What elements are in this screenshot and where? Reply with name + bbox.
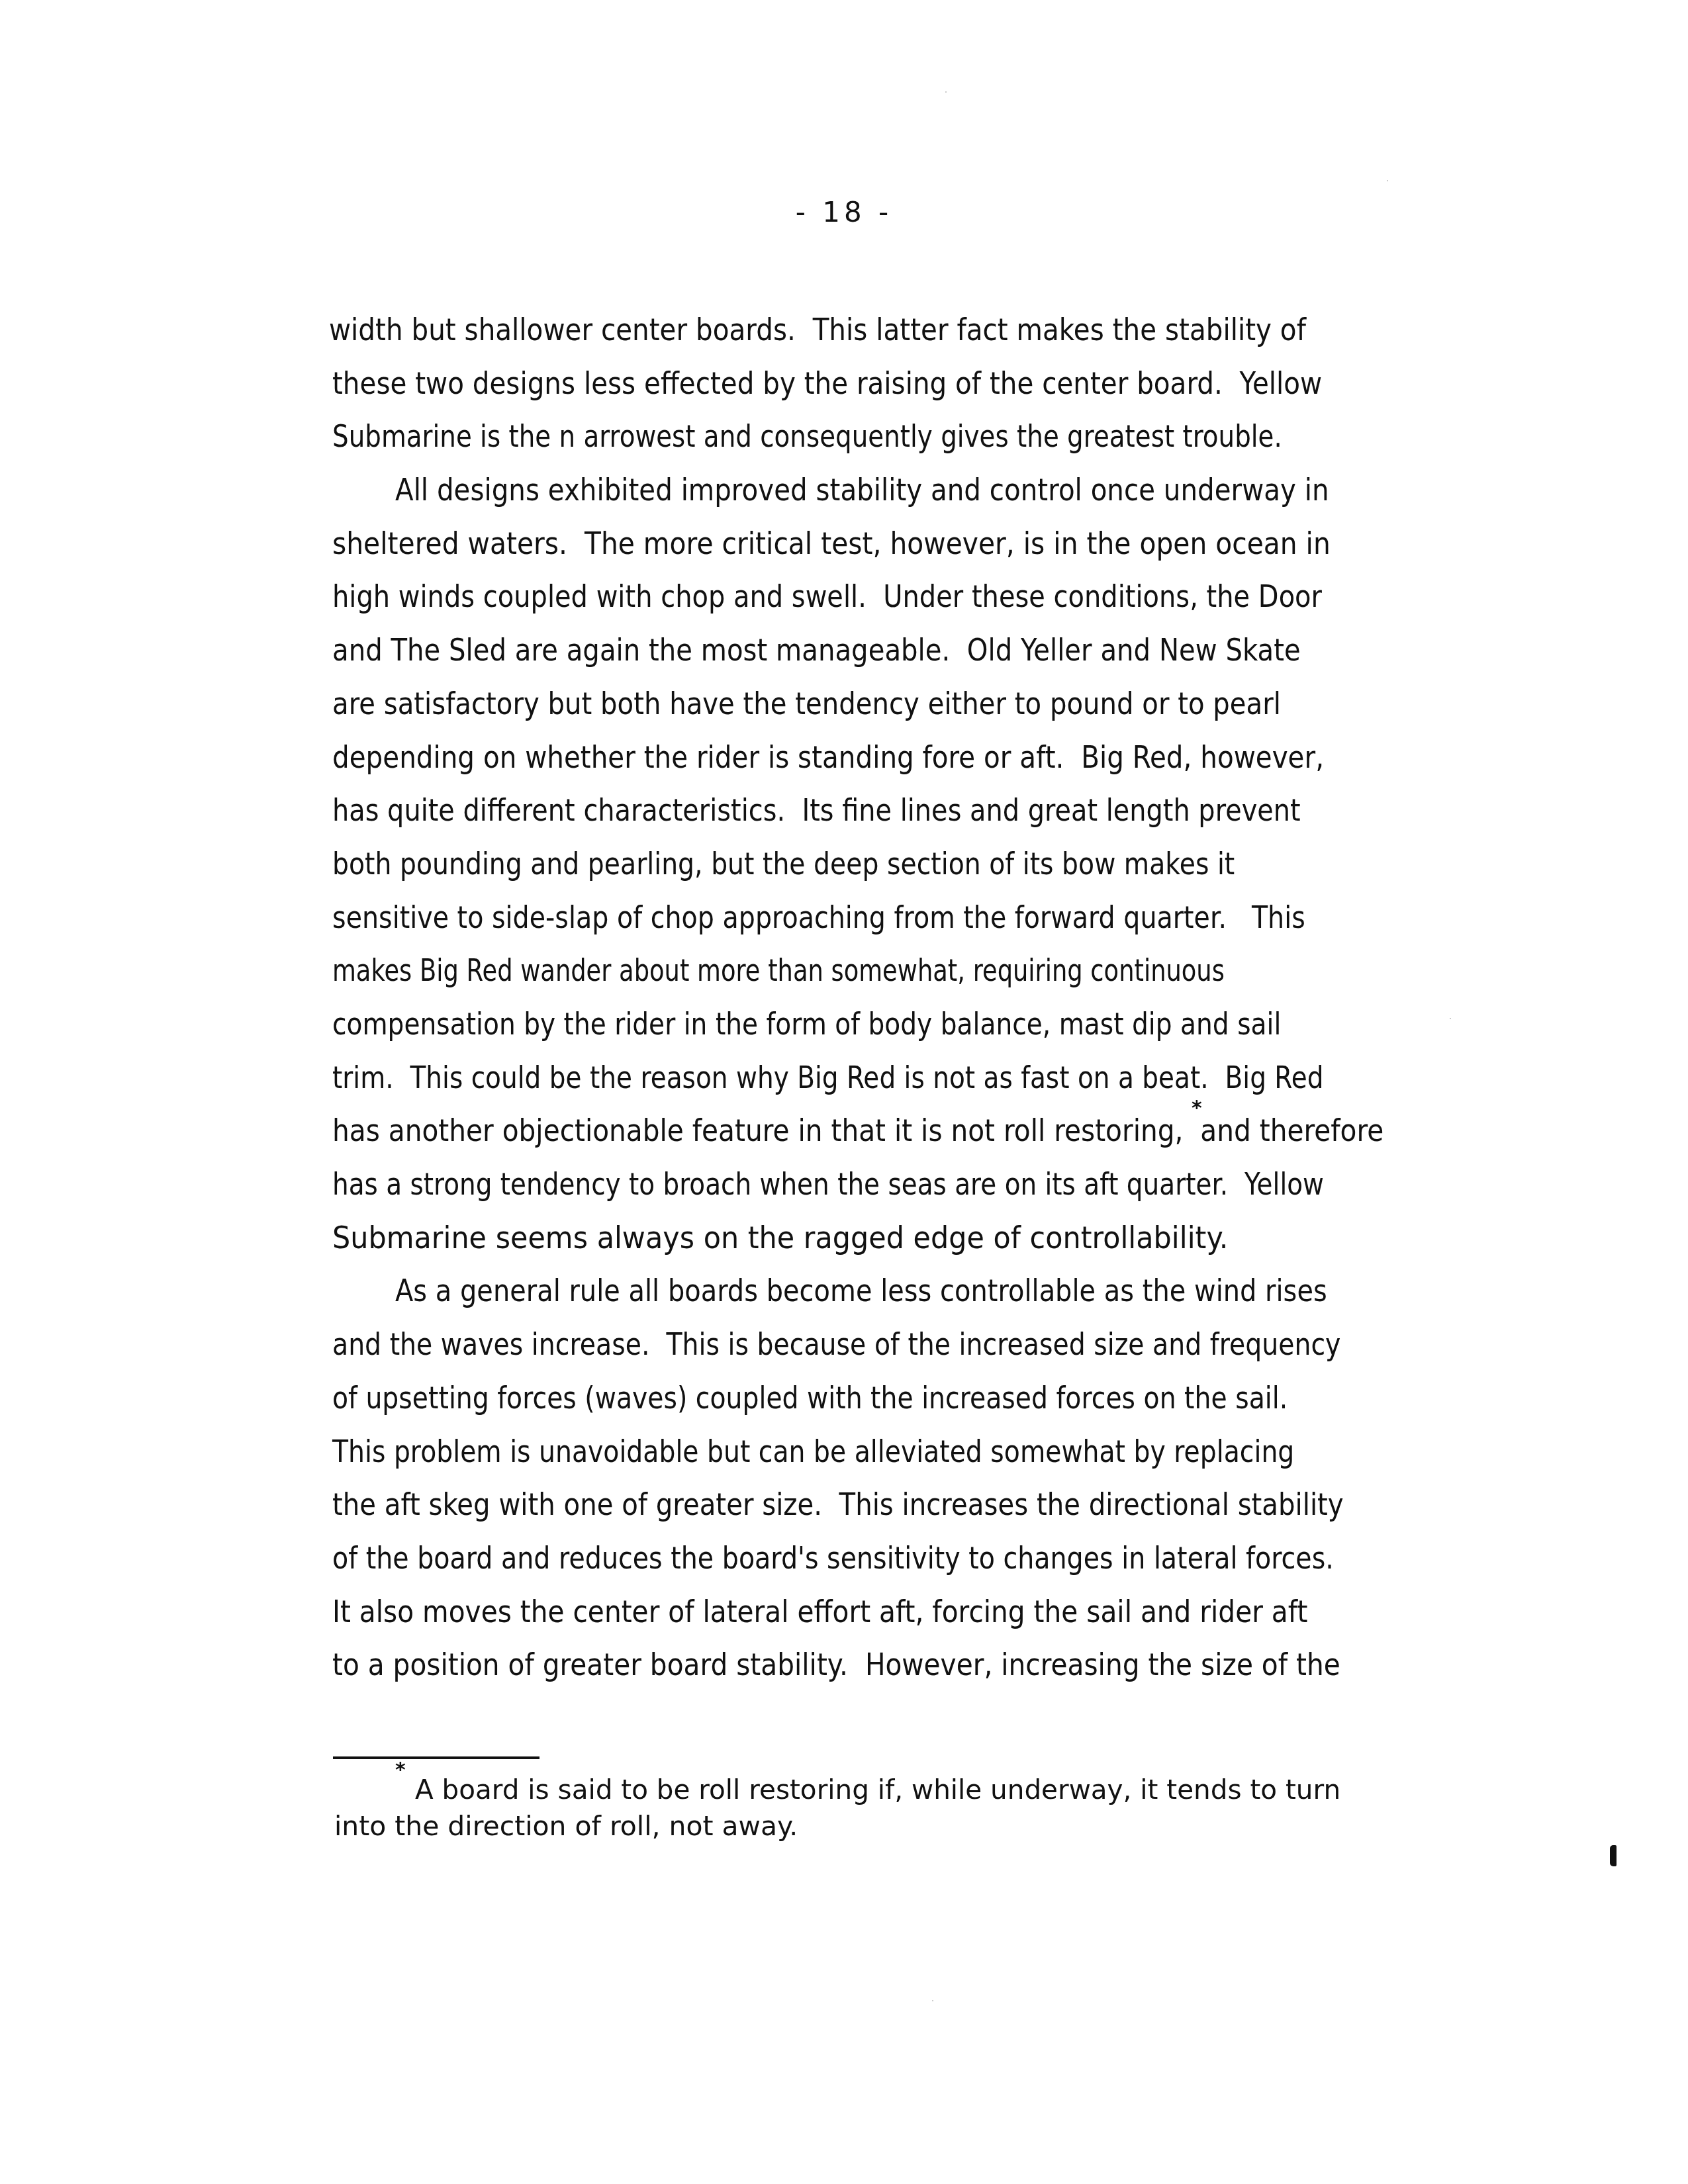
- text-line: has another objectionable feature in tha…: [332, 1112, 1383, 1149]
- text-line: trim. This could be the reason why Big R…: [332, 1059, 1324, 1096]
- text-line: has a strong tendency to broach when the…: [332, 1165, 1324, 1203]
- footnote-separator-rule: [333, 1756, 539, 1759]
- page-number: - 18 -: [0, 196, 1688, 229]
- text-line: sensitive to side-slap of chop approachi…: [332, 899, 1305, 936]
- text-line: high winds coupled with chop and swell. …: [332, 578, 1322, 615]
- footnote-line: into the direction of roll, not away.: [334, 1810, 798, 1843]
- text-line: width but shallower center boards. This …: [329, 311, 1306, 348]
- text-line: has quite different characteristics. Its…: [332, 792, 1301, 829]
- text-line: the aft skeg with one of greater size. T…: [332, 1486, 1344, 1523]
- text-line: are satisfactory but both have the tende…: [332, 685, 1281, 722]
- text-line: of the board and reduces the board's sen…: [332, 1539, 1334, 1576]
- text-line: to a position of greater board stability…: [332, 1646, 1340, 1683]
- text-line: and The Sled are again the most manageab…: [332, 631, 1301, 668]
- scan-speck: [1450, 1018, 1451, 1019]
- scan-speck: [932, 2000, 933, 2001]
- text-line: both pounding and pearling, but the deep…: [332, 845, 1235, 882]
- scan-speck: [945, 91, 947, 93]
- text-line: This problem is unavoidable but can be a…: [332, 1433, 1294, 1470]
- scan-speck: [1387, 180, 1388, 181]
- document-page: - 18 - width but shallower center boards…: [0, 0, 1688, 2184]
- paragraph-start-line: All designs exhibited improved stability…: [395, 471, 1329, 508]
- text-line: makes Big Red wander about more than som…: [332, 952, 1225, 989]
- footnote-marker: *: [395, 1760, 406, 1780]
- scan-mark: [1610, 1845, 1617, 1866]
- text-line: Submarine seems always on the ragged edg…: [332, 1219, 1228, 1256]
- text-line: depending on whether the rider is standi…: [332, 739, 1324, 776]
- footnote-line: A board is said to be roll restoring if,…: [415, 1774, 1340, 1807]
- text-line: of upsetting forces (waves) coupled with…: [332, 1379, 1288, 1416]
- text-line: It also moves the center of lateral effo…: [332, 1593, 1307, 1630]
- text-line: Submarine is the n arrowest and conseque…: [332, 418, 1282, 455]
- text-line: and the waves increase. This is because …: [332, 1326, 1340, 1363]
- text-line: sheltered waters. The more critical test…: [332, 525, 1331, 562]
- text-line: compensation by the rider in the form of…: [332, 1005, 1281, 1042]
- footnote-reference-marker[interactable]: *: [1192, 1099, 1202, 1118]
- text-line: these two designs less effected by the r…: [332, 365, 1322, 402]
- paragraph-start-line: As a general rule all boards become less…: [395, 1272, 1327, 1309]
